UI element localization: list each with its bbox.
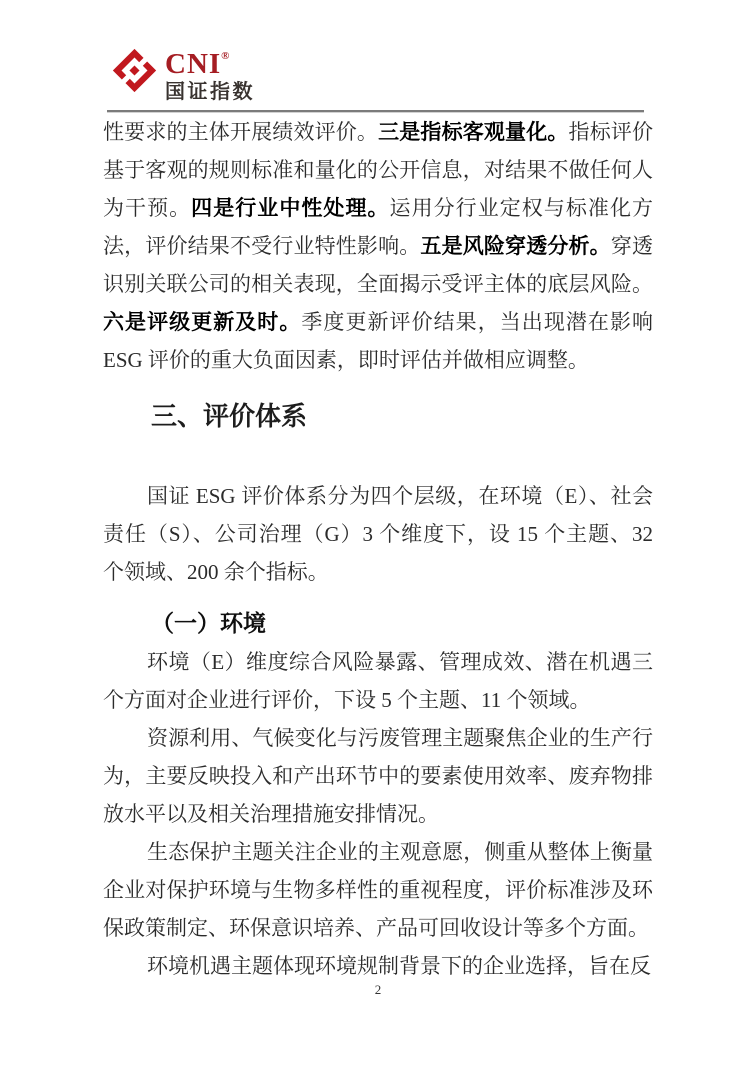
paragraph-resource-climate-waste: 资源利用、气候变化与污废管理主题聚焦企业的生产行为，主要反映投入和产出环节中的要… — [103, 719, 653, 833]
text-run-bold: 五是风险穿透分析。 — [420, 234, 610, 258]
document-body: 性要求的主体开展绩效评价。三是指标客观量化。指标评价基于客观的规则标准和量化的公… — [103, 113, 653, 985]
section-heading-evaluation-system: 三、评价体系 — [103, 397, 653, 435]
brand-text: CNI — [165, 48, 221, 80]
page-number: 2 — [0, 982, 756, 998]
paragraph-environment-dimension: 环境（E）维度综合风险暴露、管理成效、潜在机遇三个方面对企业进行评价，下设 5 … — [103, 643, 653, 719]
document-page: CNI® 国证指数 性要求的主体开展绩效评价。三是指标客观量化。指标评价基于客观… — [0, 0, 756, 1068]
cni-logo-icon — [110, 46, 159, 95]
subsection-heading-environment: （一）环境 — [103, 605, 653, 643]
paragraph-environment-opportunity: 环境机遇主题体现环境规制背景下的企业选择，旨在反 — [103, 947, 653, 985]
brand-name: CNI® — [165, 50, 255, 79]
text-run-bold: 六是评级更新及时。 — [103, 310, 301, 334]
paragraph-system-overview: 国证 ESG 评价体系分为四个层级，在环境（E）、社会责任（S）、公司治理（G）… — [103, 477, 653, 591]
paragraph-ecological-protection: 生态保护主题关注企业的主观意愿，侧重从整体上衡量企业对保护环境与生物多样性的重视… — [103, 833, 653, 947]
text-run-bold: 四是行业中性处理。 — [191, 196, 389, 220]
registered-trademark-icon: ® — [221, 50, 230, 62]
header-divider — [107, 110, 644, 112]
text-run-bold: 三是指标客观量化。 — [378, 120, 568, 144]
paragraph-evaluation-features: 性要求的主体开展绩效评价。三是指标客观量化。指标评价基于客观的规则标准和量化的公… — [103, 113, 653, 379]
text-run: 性要求的主体开展绩效评价。 — [103, 120, 378, 144]
company-name: 国证指数 — [165, 82, 255, 102]
cni-logo-wordmark: CNI® 国证指数 — [165, 50, 255, 102]
